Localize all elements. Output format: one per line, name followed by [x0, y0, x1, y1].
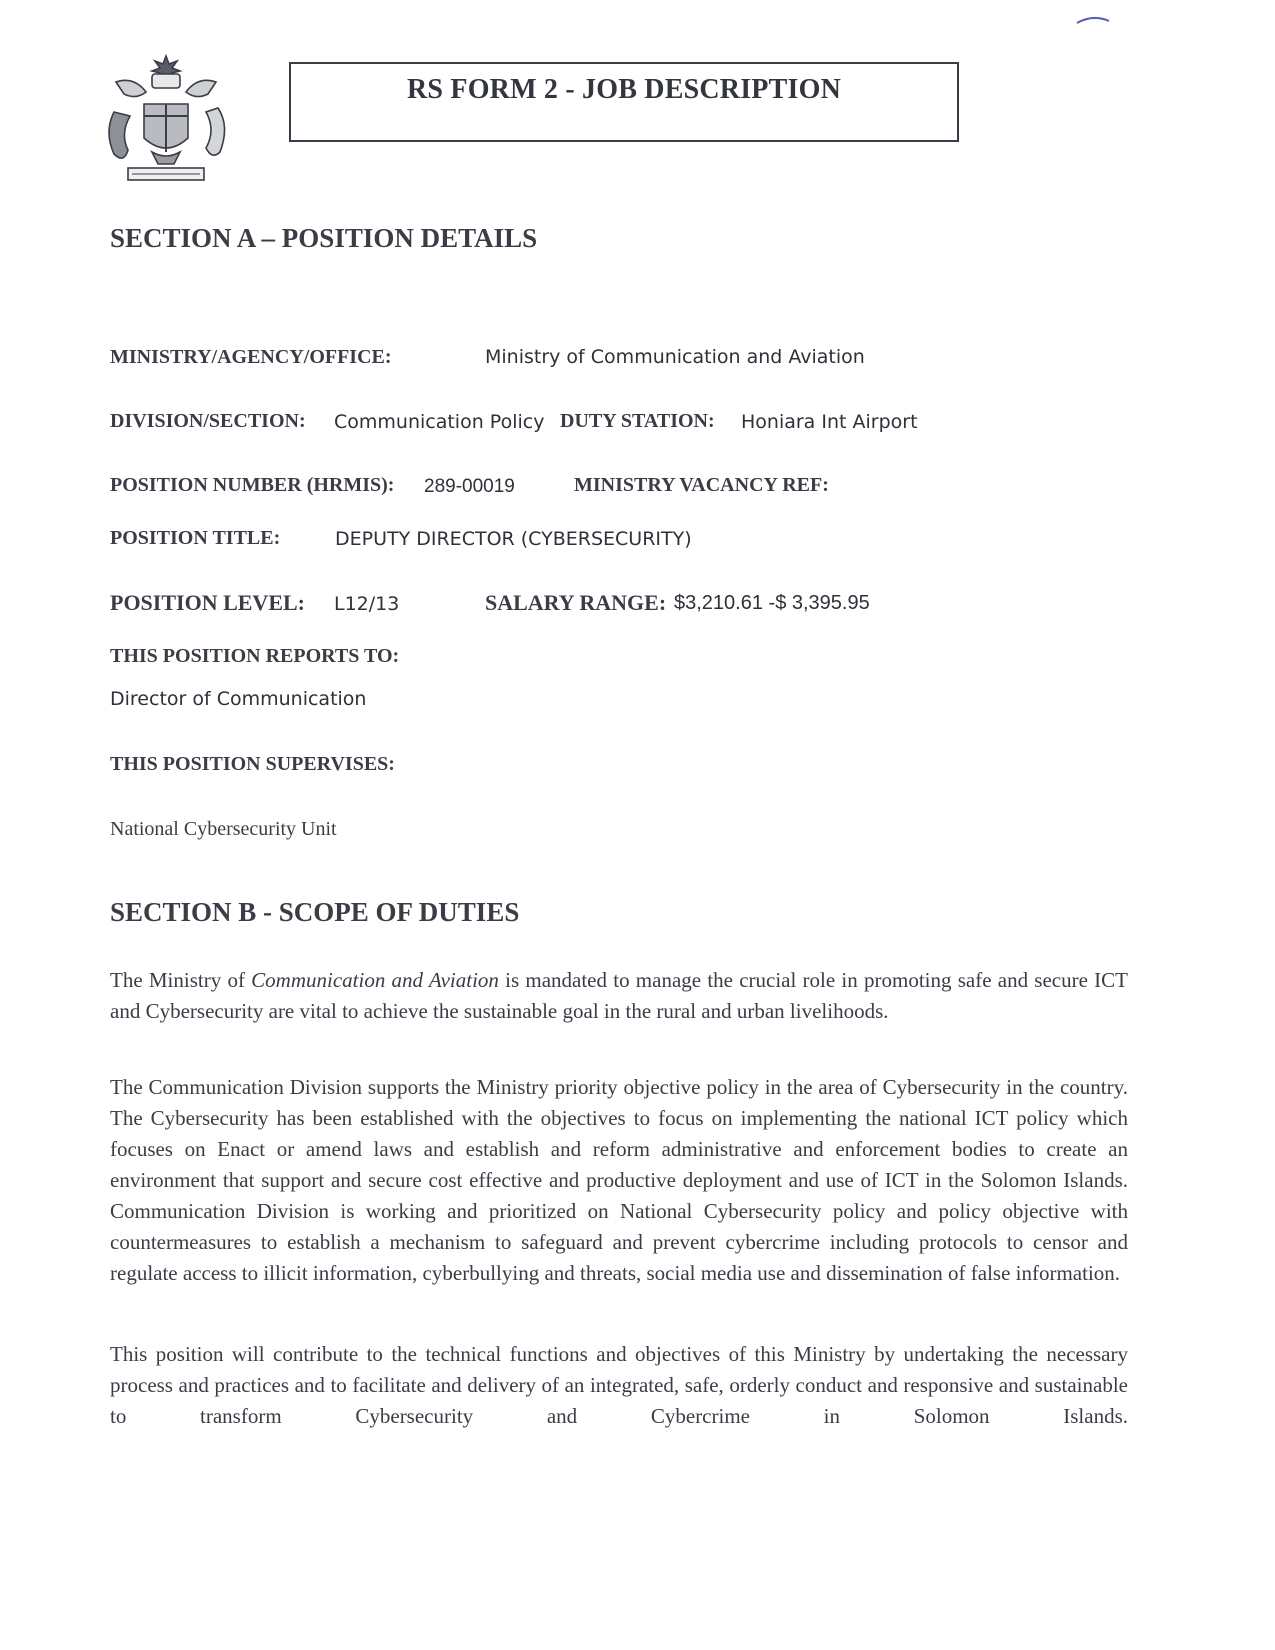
duty-station-label: DUTY STATION:: [560, 410, 715, 433]
division-value: Communication Policy: [334, 411, 544, 433]
position-level-value: L12/13: [334, 593, 399, 615]
duty-station-value: Honiara Int Airport: [741, 411, 918, 433]
form-title-box: RS FORM 2 - JOB DESCRIPTION: [289, 62, 959, 142]
reports-to-label: THIS POSITION REPORTS TO:: [110, 645, 399, 668]
scope-paragraph-3: This position will contribute to the tec…: [110, 1339, 1128, 1432]
scope-paragraph-1: The Ministry of Communication and Aviati…: [110, 965, 1128, 1027]
scope-paragraph-2: The Communication Division supports the …: [110, 1072, 1128, 1289]
position-number-value: 289-00019: [424, 476, 515, 498]
position-level-label: POSITION LEVEL:: [110, 590, 305, 616]
supervises-label: THIS POSITION SUPERVISES:: [110, 753, 395, 776]
position-title-label: POSITION TITLE:: [110, 527, 280, 550]
coat-of-arms-emblem-icon: [96, 52, 236, 187]
form-title: RS FORM 2 - JOB DESCRIPTION: [291, 74, 957, 106]
vacancy-ref-label: MINISTRY VACANCY REF:: [574, 474, 829, 497]
reports-to-value: Director of Communication: [110, 688, 366, 710]
ministry-label: MINISTRY/AGENCY/OFFICE:: [110, 346, 392, 369]
section-a-heading: SECTION A – POSITION DETAILS: [110, 223, 537, 254]
salary-range-value: $3,210.61 -$ 3,395.95: [674, 592, 870, 615]
position-title-value: DEPUTY DIRECTOR (CYBERSECURITY): [335, 528, 692, 550]
supervises-value: National Cybersecurity Unit: [110, 818, 337, 841]
p1-text-start: The Ministry of: [110, 968, 251, 992]
p1-ministry-name: Communication and Aviation: [251, 968, 499, 992]
section-b-heading: SECTION B - SCOPE OF DUTIES: [110, 897, 519, 928]
position-number-label: POSITION NUMBER (HRMIS):: [110, 474, 394, 497]
ministry-value: Ministry of Communication and Aviation: [485, 346, 865, 368]
salary-range-label: SALARY RANGE:: [485, 590, 666, 616]
division-label: DIVISION/SECTION:: [110, 410, 306, 433]
pen-mark: [1075, 14, 1111, 26]
